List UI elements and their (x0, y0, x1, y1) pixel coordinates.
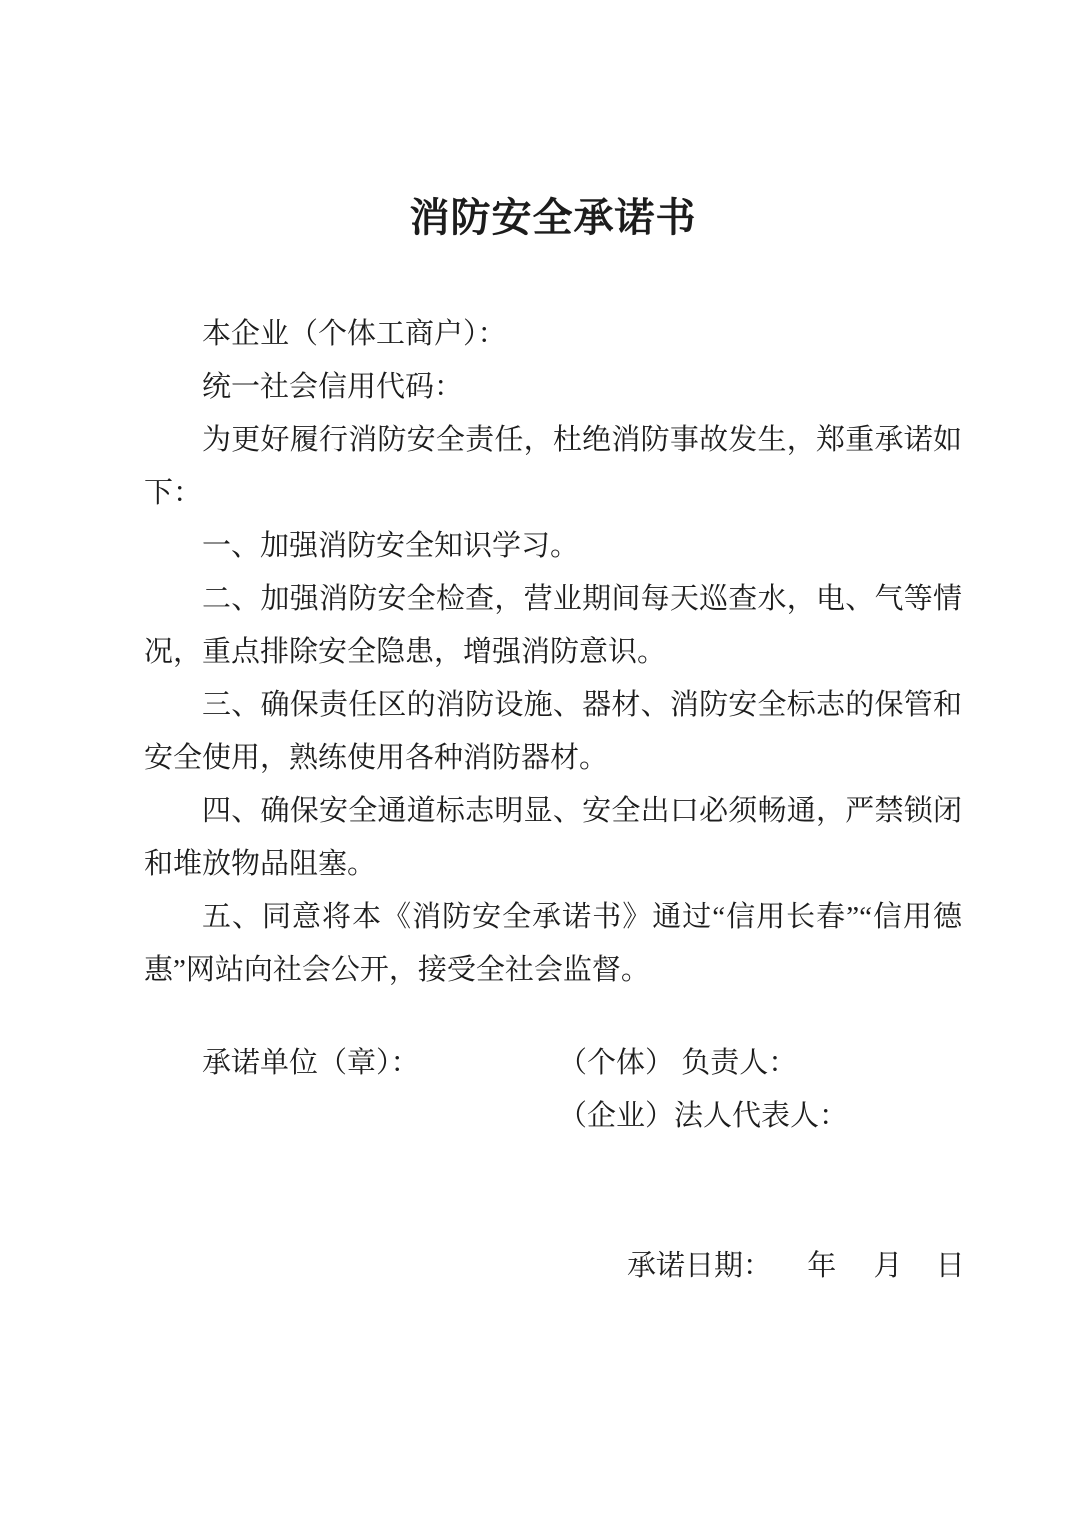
signature-individual-label: （个体） 负责人： (558, 1037, 797, 1090)
signature-section: 承诺单位（章）： （个体） 负责人： （企业）法人代表人： (144, 1037, 962, 1143)
para-item-3: 三、确保责任区的消防设施、器材、消防安全标志的保管和安全使用，熟练使用各种消防器… (144, 679, 962, 785)
document-page: 消防安全承诺书 本企业（个体工商户）： 统一社会信用代码： 为更好履行消防安全责… (0, 0, 1074, 1520)
para-item-1: 一、加强消防安全知识学习。 (144, 520, 962, 573)
date-month-label: 月 (874, 1240, 903, 1293)
document-title: 消防安全承诺书 (144, 190, 962, 246)
para-company-line: 本企业（个体工商户）： (144, 308, 962, 361)
signature-row-2: （企业）法人代表人： (144, 1090, 962, 1143)
para-item-4: 四、确保安全通道标志明显、安全出口必须畅通，严禁锁闭和堆放物品阻塞。 (144, 785, 962, 891)
date-year-label: 年 (807, 1240, 836, 1293)
date-label: 承诺日期： (627, 1240, 772, 1293)
signature-row-1: 承诺单位（章）： （个体） 负责人： (144, 1037, 962, 1090)
signature-unit-label: 承诺单位（章）： (202, 1047, 420, 1079)
date-line: 承诺日期： 年 月 日 (144, 1240, 962, 1293)
para-item-2: 二、加强消防安全检查，营业期间每天巡查水，电、气等情况，重点排除安全隐患，增强消… (144, 573, 962, 679)
para-item-5: 五、同意将本《消防安全承诺书》通过“信用长春”“信用德惠”网站向社会公开，接受全… (144, 891, 962, 997)
date-day-label: 日 (936, 1240, 965, 1293)
signature-enterprise-label: （企业）法人代表人： (558, 1090, 848, 1143)
commitment-body: 本企业（个体工商户）： 统一社会信用代码： 为更好履行消防安全责任，杜绝消防事故… (144, 308, 962, 997)
para-intro: 为更好履行消防安全责任，杜绝消防事故发生，郑重承诺如下： (144, 414, 962, 520)
para-credit-code-line: 统一社会信用代码： (144, 361, 962, 414)
